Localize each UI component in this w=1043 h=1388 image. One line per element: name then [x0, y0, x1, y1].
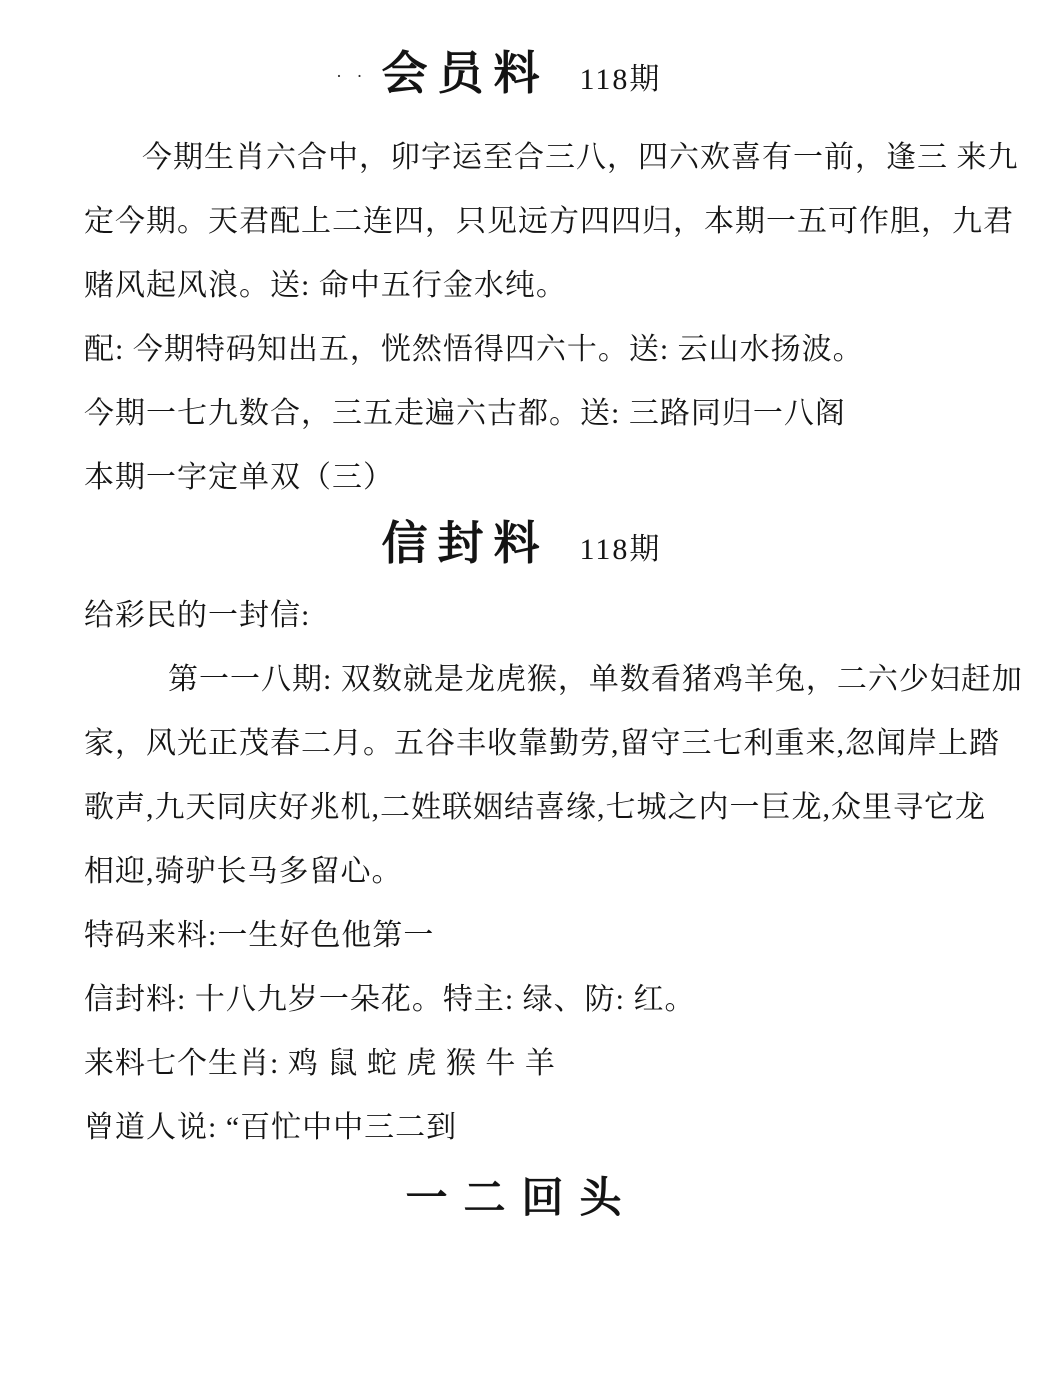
text-line: 第一一八期: 双数就是龙虎猴，单数看猪鸡羊兔，二六少妇赶加 [84, 648, 959, 712]
document-page: · · 会员料 118期 今期生肖六合中，卯字运至合三八，四六欢喜有一前，逢三 … [0, 0, 1043, 1388]
text-line: 配: 今期特码知出五，恍然悟得四六十。送: 云山水扬波。 [84, 318, 959, 382]
text-line: 来料七个生肖: 鸡 鼠 蛇 虎 猴 牛 羊 [84, 1032, 959, 1096]
envelope-section-body: 给彩民的一封信: 第一一八期: 双数就是龙虎猴，单数看猪鸡羊兔，二六少妇赶加 家… [0, 584, 1043, 1160]
text-line: 今期生肖六合中，卯字运至合三八，四六欢喜有一前，逢三 来九 [84, 126, 959, 190]
text-line: 特码来料:一生好色他第一 [84, 904, 959, 968]
envelope-section-title: 信封料 [382, 516, 550, 572]
envelope-issue-number: 118期 [580, 524, 662, 568]
member-section-title: 会员料 [382, 46, 550, 102]
text-line: 曾道人说: “百忙中中三二到 [84, 1096, 959, 1160]
text-line: 今期一七九数合，三五走遍六古都。送: 三路同归一八阁 [84, 382, 959, 446]
text-line: 定今期。天君配上二连四，只见远方四四归，本期一五可作胆，九君 [84, 190, 959, 254]
text-line: 信封料: 十八九岁一朵花。特主: 绿、防: 红。 [84, 968, 959, 1032]
text-line: 相迎,骑驴长马多留心。 [84, 840, 959, 904]
member-issue-number: 118期 [580, 54, 662, 98]
text-line: 家，风光正茂春二月。五谷丰收靠勤劳,留守三七利重来,忽闻岸上踏 [84, 712, 959, 776]
member-section-body: 今期生肖六合中，卯字运至合三八，四六欢喜有一前，逢三 来九 定今期。天君配上二连… [0, 126, 1043, 510]
text-line: 赌风起风浪。送: 命中五行金水纯。 [84, 254, 959, 318]
scan-artifact-dots: · · [336, 66, 368, 87]
footer-slogan: 一二回头 [0, 1174, 1043, 1224]
salutation-line: 给彩民的一封信: [84, 584, 959, 648]
text-line: 歌声,九天同庆好兆机,二姓联姻结喜缘,七城之内一巨龙,众里寻它龙 [84, 776, 959, 840]
text-line: 本期一字定单双（三） [84, 446, 959, 510]
envelope-section-header: 信封料 118期 [0, 516, 1043, 572]
member-section-header: 会员料 118期 [0, 0, 1043, 102]
